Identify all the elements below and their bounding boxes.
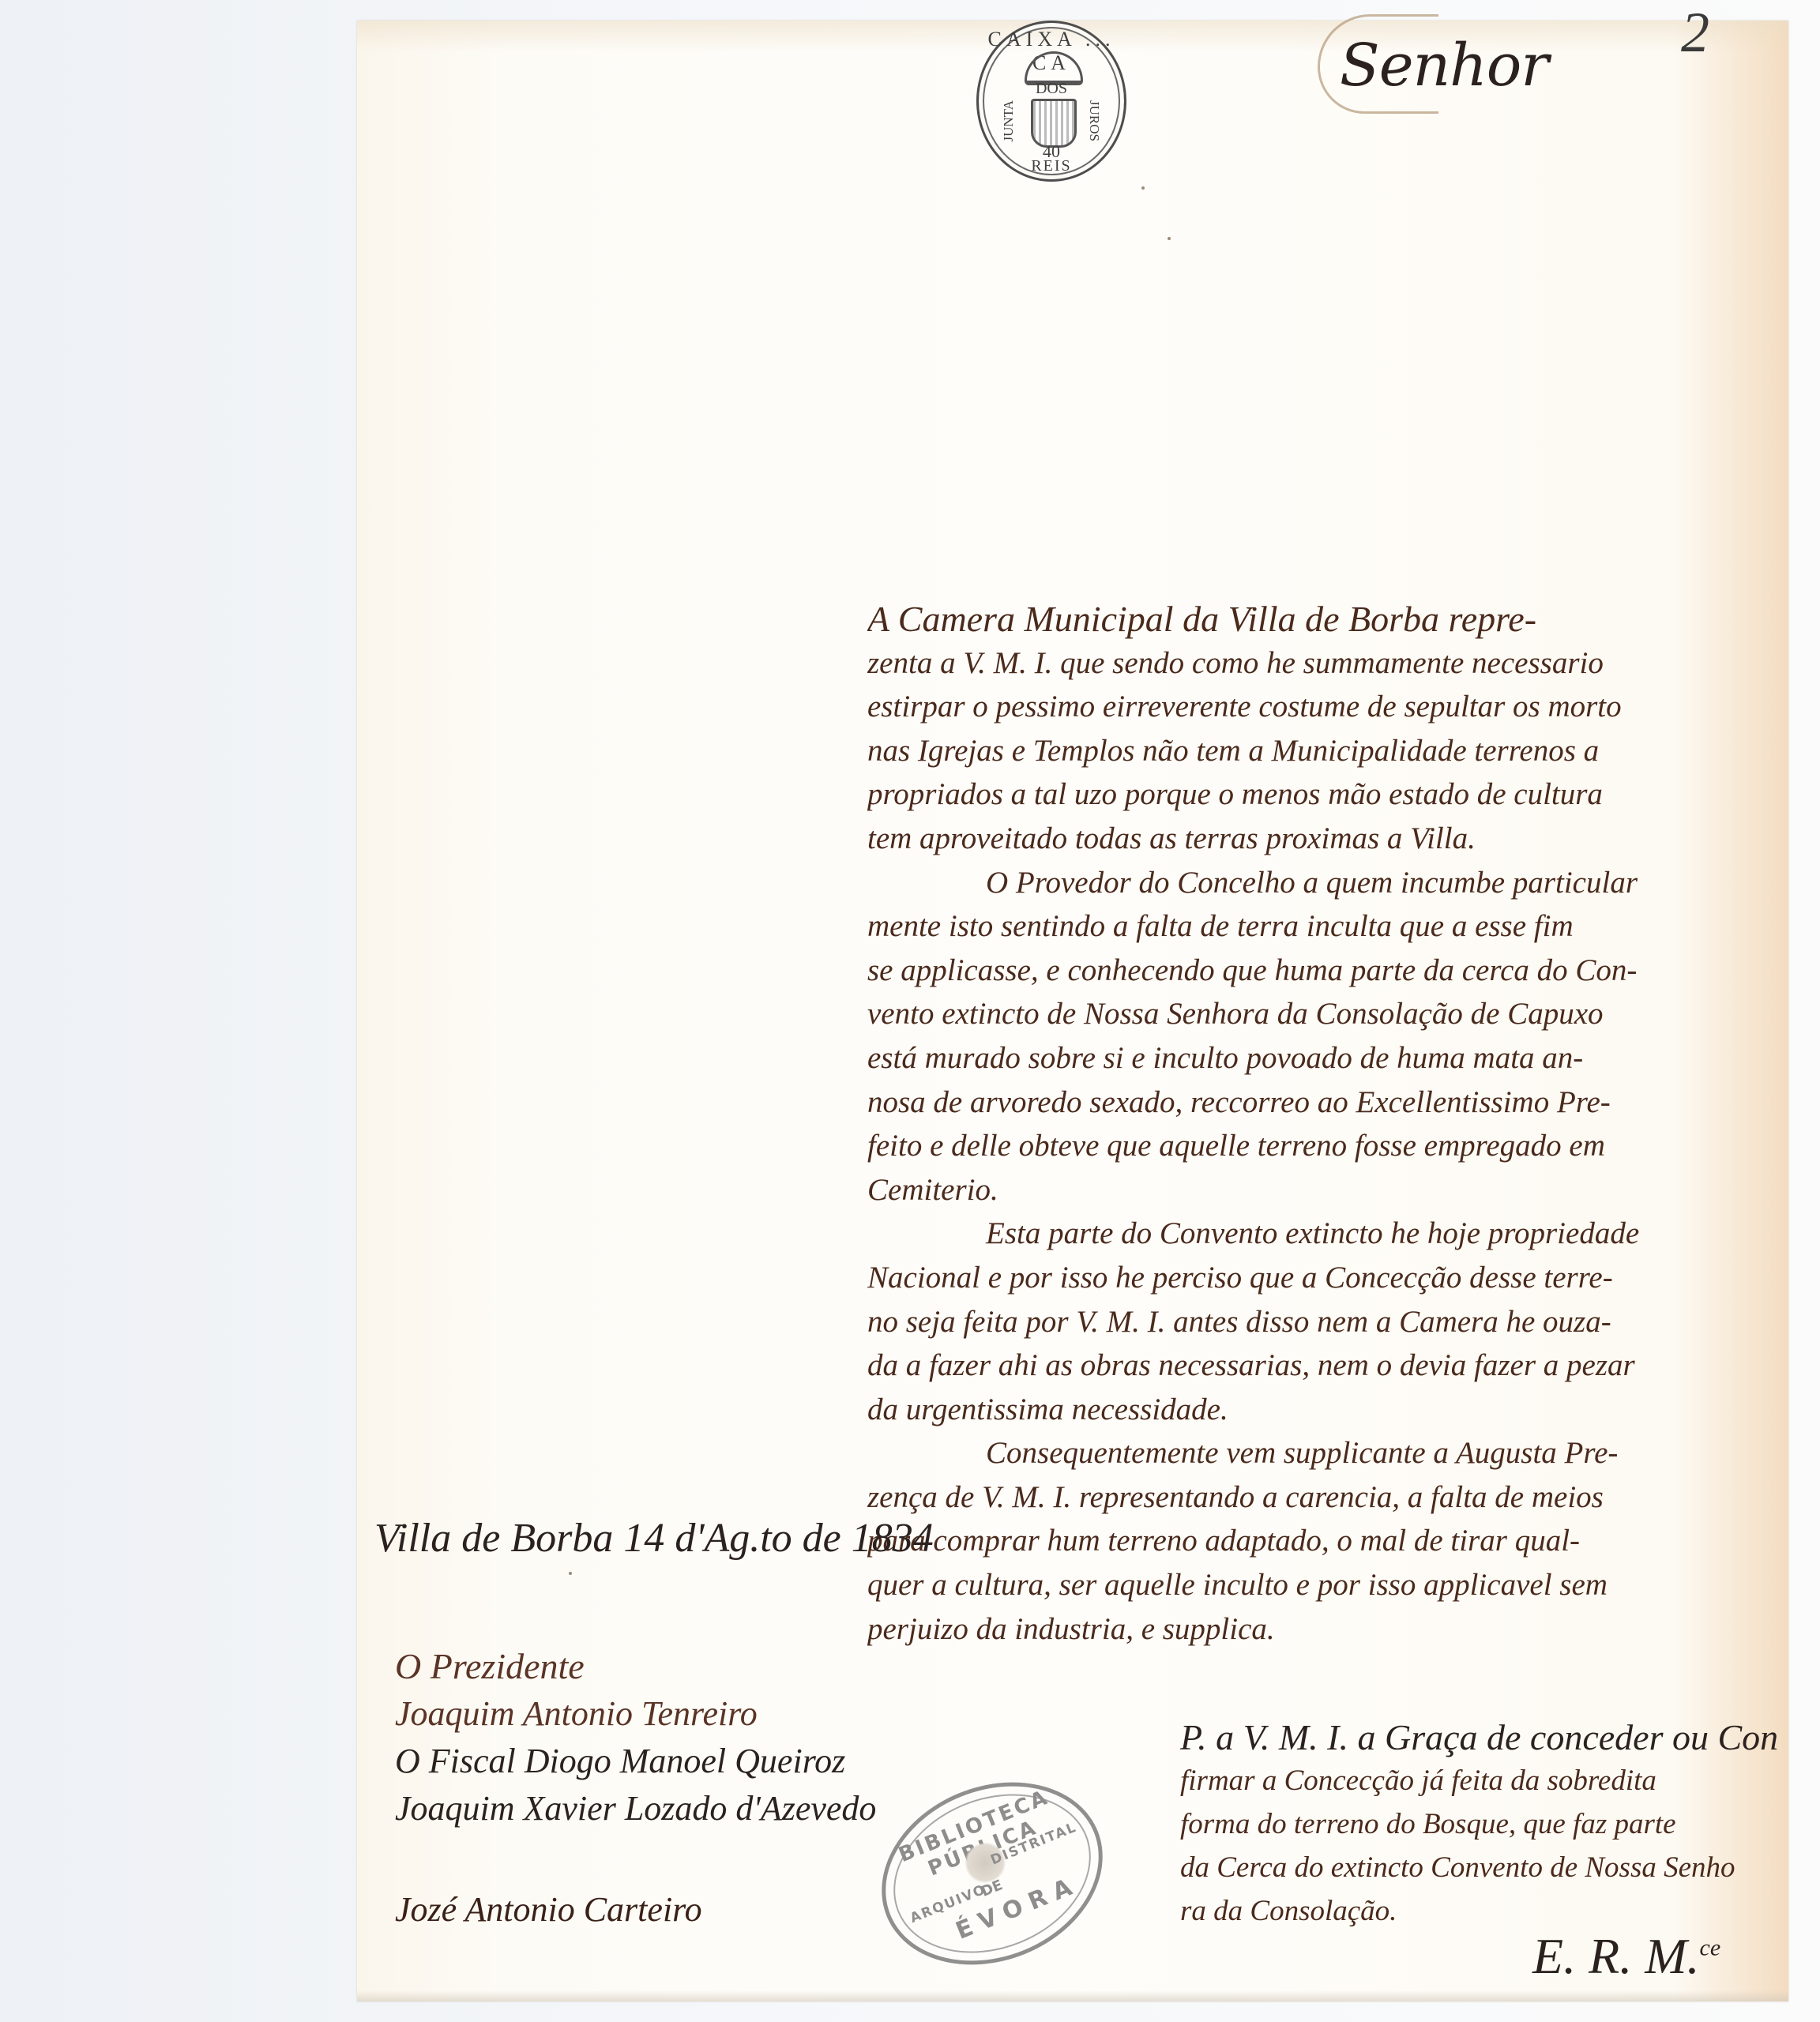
closing-line: ra da Consolação. — [1180, 1889, 1788, 1933]
salutation: Senhor — [1340, 32, 1548, 100]
ink-speck — [1141, 186, 1145, 190]
tax-stamp-left-text: JUNTA — [1001, 100, 1017, 141]
paragraph-4: Consequentemente vem supplicante a Augus… — [867, 1431, 1774, 1651]
body-line: perjuizo da industria, e supplica. — [867, 1607, 1774, 1652]
body-line: mente isto sentindo a falta de terra inc… — [867, 904, 1774, 949]
page-number: 2 — [1681, 0, 1709, 66]
petition-closing: P. a V. M. I. a Graça de conceder ou Con… — [1180, 1716, 1788, 1933]
body-line: está murado sobre si e inculto povoado d… — [867, 1036, 1774, 1081]
closing-formula-sup: ce — [1700, 1935, 1721, 1961]
body-line: da a fazer ahi as obras necessarias, nem… — [867, 1344, 1774, 1388]
paper-edge-bottom — [357, 1990, 1788, 2001]
signature: O Fiscal Diogo Manoel Queiroz — [395, 1738, 901, 1785]
body-line: feito e delle obteve que aquelle terreno… — [867, 1124, 1774, 1168]
closing-line: da Cerca do extincto Convento de Nossa S… — [1180, 1846, 1788, 1889]
ink-speck — [1168, 237, 1171, 240]
closing-formula: E. R. M.ce — [1532, 1927, 1720, 1986]
body-line: quer a cultura, ser aquelle inculto e po… — [867, 1563, 1774, 1607]
closing-line: forma do terreno do Bosque, que faz part… — [1180, 1802, 1788, 1846]
paragraph-2: O Provedor do Concelho a quem incumbe pa… — [867, 861, 1774, 1212]
body-line: para comprar hum terreno adaptado, o mal… — [867, 1519, 1774, 1563]
body-line: vento extincto de Nossa Senhora da Conso… — [867, 992, 1774, 1036]
body-line: A Camera Municipal da Villa de Borba rep… — [867, 597, 1774, 641]
body-line: tem aproveitado todas as terras proximas… — [867, 817, 1774, 861]
closing-line: P. a V. M. I. a Graça de conceder ou Con — [1180, 1716, 1788, 1759]
tax-stamp-right-text: JUROS — [1086, 100, 1102, 141]
signatures-block: O Prezidente Joaquim Antonio Tenreiro O … — [395, 1643, 901, 1934]
petition-body: A Camera Municipal da Villa de Borba rep… — [867, 597, 1774, 1651]
closing-line: firmar a Concecção já feita da sobredita — [1180, 1759, 1788, 1802]
body-line: da urgentissima necessidade. — [867, 1388, 1774, 1432]
signature: Jozé Antonio Carteiro — [395, 1886, 901, 1934]
signature: Joaquim Antonio Tenreiro — [395, 1690, 901, 1738]
body-line: se applicasse, e conhecendo que huma par… — [867, 949, 1774, 993]
signature-role-president: O Prezidente — [395, 1643, 901, 1690]
body-line: propriados a tal uzo porque o menos mão … — [867, 772, 1774, 817]
body-line: Esta parte do Convento extincto he hoje … — [867, 1212, 1774, 1256]
tax-stamp-unit: REIS — [979, 157, 1124, 175]
body-line: Consequentemente vem supplicante a Augus… — [867, 1431, 1774, 1475]
body-line: zença de V. M. I. representando a carenc… — [867, 1475, 1774, 1520]
paragraph-1: A Camera Municipal da Villa de Borba rep… — [867, 597, 1774, 861]
place-and-date: Villa de Borba 14 d'Ag.to de 1834 — [374, 1515, 934, 1562]
tax-stamp-center-text: DOS — [979, 80, 1124, 98]
body-line: zenta a V. M. I. que sendo como he summa… — [867, 641, 1774, 686]
signature: Joaquim Xavier Lozado d'Azevedo — [395, 1785, 901, 1832]
closing-formula-text: E. R. M. — [1532, 1928, 1700, 1984]
body-line: O Provedor do Concelho a quem incumbe pa… — [867, 861, 1774, 905]
body-line: estirpar o pessimo eirreverente costume … — [867, 685, 1774, 729]
body-line: Nacional e por isso he perciso que a Con… — [867, 1256, 1774, 1300]
fiscal-tax-stamp: CAIXA ... CA DOS JUNTA JUROS 40 REIS — [976, 21, 1126, 182]
shield-icon — [1031, 99, 1077, 148]
body-line: nas Igrejas e Templos não tem a Municipa… — [867, 729, 1774, 773]
paragraph-3: Esta parte do Convento extincto he hoje … — [867, 1212, 1774, 1431]
body-line: nosa de arvoredo sexado, reccorreo ao Ex… — [867, 1081, 1774, 1125]
body-line: no seja feita por V. M. I. antes disso n… — [867, 1300, 1774, 1344]
ink-speck — [569, 1572, 572, 1575]
body-line: Cemiterio. — [867, 1168, 1774, 1212]
